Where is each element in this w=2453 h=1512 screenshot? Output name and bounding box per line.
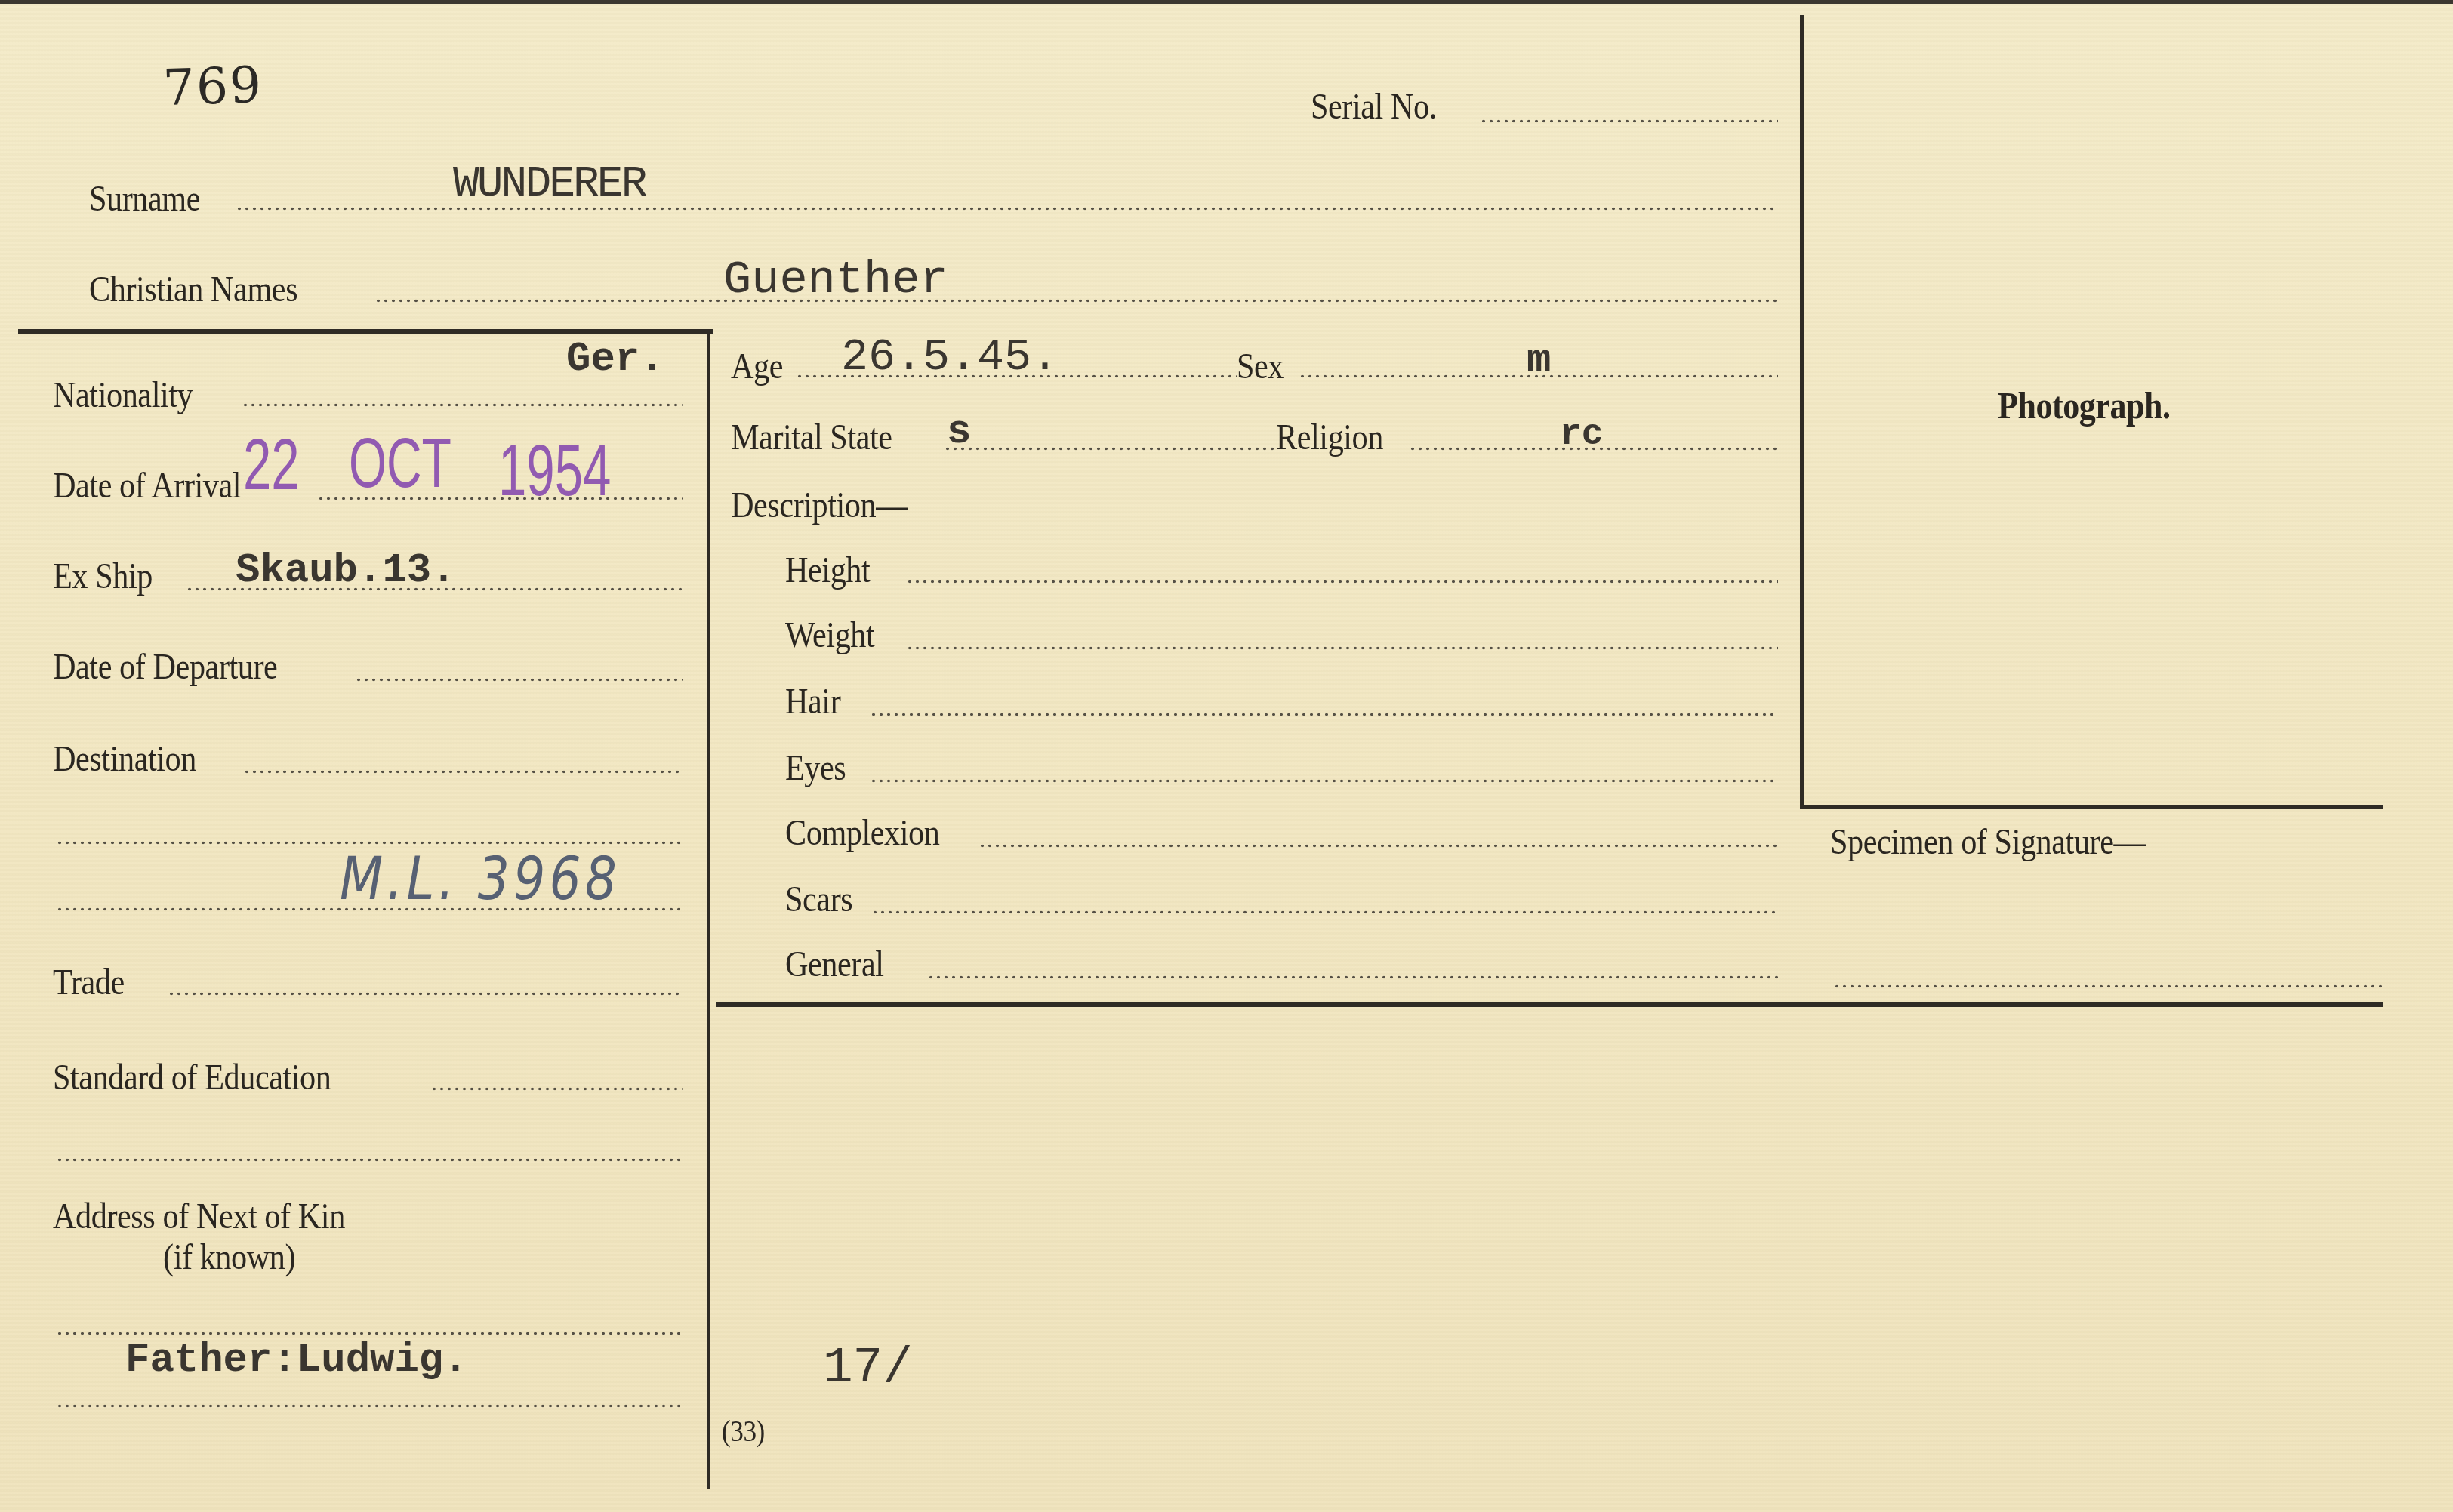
marital-state-field[interactable] [944, 447, 1276, 451]
standard-of-education-field-line-2[interactable] [56, 1158, 683, 1162]
scars-field[interactable] [871, 910, 1778, 914]
immigration-record-card: 769 Serial No. Surname WUNDERER Christia… [0, 0, 2453, 1512]
sex-field[interactable] [1299, 374, 1778, 378]
serial-no-field[interactable] [1480, 119, 1778, 123]
description-bottom-rule [716, 1002, 2383, 1007]
surname-value: WUNDERER [453, 163, 645, 207]
christian-names-field[interactable] [374, 299, 1778, 303]
weight-label: Weight [785, 617, 874, 654]
trade-label: Trade [53, 965, 125, 1001]
surname-field[interactable] [236, 207, 1778, 211]
card-number: 769 [162, 56, 264, 118]
next-of-kin-label: Address of Next of Kin [53, 1199, 345, 1235]
next-of-kin-sublabel: (if known) [163, 1239, 295, 1276]
age-field[interactable] [796, 374, 1237, 378]
surname-label: Surname [89, 181, 200, 217]
ex-ship-label: Ex Ship [53, 559, 153, 595]
description-label: Description— [731, 488, 908, 524]
date-of-arrival-stamp-year: 1954 [498, 435, 611, 507]
left-box-top-rule [18, 329, 713, 334]
complexion-field[interactable] [978, 844, 1778, 848]
date-of-arrival-stamp-month: OCT [349, 429, 451, 498]
eyes-field[interactable] [870, 779, 1778, 783]
weight-field[interactable] [906, 646, 1778, 650]
complexion-label: Complexion [785, 815, 939, 851]
height-field[interactable] [906, 580, 1778, 584]
christian-names-value: Guenther [723, 257, 948, 303]
left-column-divider [707, 329, 710, 1489]
trade-field[interactable] [168, 992, 683, 996]
general-field[interactable] [927, 975, 1778, 979]
hair-field[interactable] [870, 713, 1778, 716]
age-value: 26.5.45. [841, 335, 1059, 380]
destination-field-line-3[interactable] [56, 907, 683, 911]
scars-label: Scars [785, 882, 852, 918]
bottom-note: 17/ [823, 1344, 913, 1393]
religion-label: Religion [1276, 420, 1383, 456]
date-of-departure-label: Date of Departure [53, 649, 277, 685]
hair-label: Hair [785, 684, 840, 720]
marital-state-label: Marital State [731, 420, 892, 456]
general-label: General [785, 947, 884, 983]
height-label: Height [785, 553, 870, 589]
christian-names-label: Christian Names [89, 272, 297, 308]
destination-field-line-2[interactable] [56, 841, 683, 845]
date-of-departure-field[interactable] [355, 678, 683, 682]
standard-of-education-field[interactable] [430, 1087, 683, 1091]
sex-label: Sex [1237, 349, 1284, 385]
standard-of-education-label: Standard of Education [53, 1060, 331, 1096]
date-of-arrival-stamp-day: 22 [243, 429, 300, 501]
religion-field[interactable] [1409, 447, 1778, 451]
card-top-edge [0, 0, 2453, 4]
next-of-kin-field-line-2[interactable] [56, 1404, 683, 1408]
nationality-label: Nationality [53, 377, 193, 414]
age-label: Age [731, 349, 783, 385]
next-of-kin-field-line-1[interactable] [56, 1332, 683, 1335]
nationality-value: Ger. [566, 340, 664, 380]
date-of-arrival-label: Date of Arrival [53, 468, 241, 504]
signature-label: Specimen of Signature— [1830, 824, 2145, 861]
ex-ship-value: Skaub.13. [236, 551, 456, 592]
serial-no-label: Serial No. [1311, 89, 1437, 125]
next-of-kin-value: Father:Ludwig. [125, 1341, 468, 1381]
ex-ship-field[interactable] [186, 587, 683, 591]
photograph-area[interactable] [1806, 18, 2380, 803]
destination-field[interactable] [243, 770, 683, 774]
eyes-label: Eyes [785, 750, 846, 787]
photo-box-bottom-rule [1800, 805, 2383, 809]
nationality-field[interactable] [242, 403, 683, 407]
destination-handwritten-note: M.L. 3968 [340, 850, 621, 909]
destination-label: Destination [53, 741, 196, 778]
signature-field[interactable] [1833, 984, 2382, 988]
form-number: (33) [722, 1416, 765, 1446]
photo-box-left-rule [1800, 15, 1804, 808]
